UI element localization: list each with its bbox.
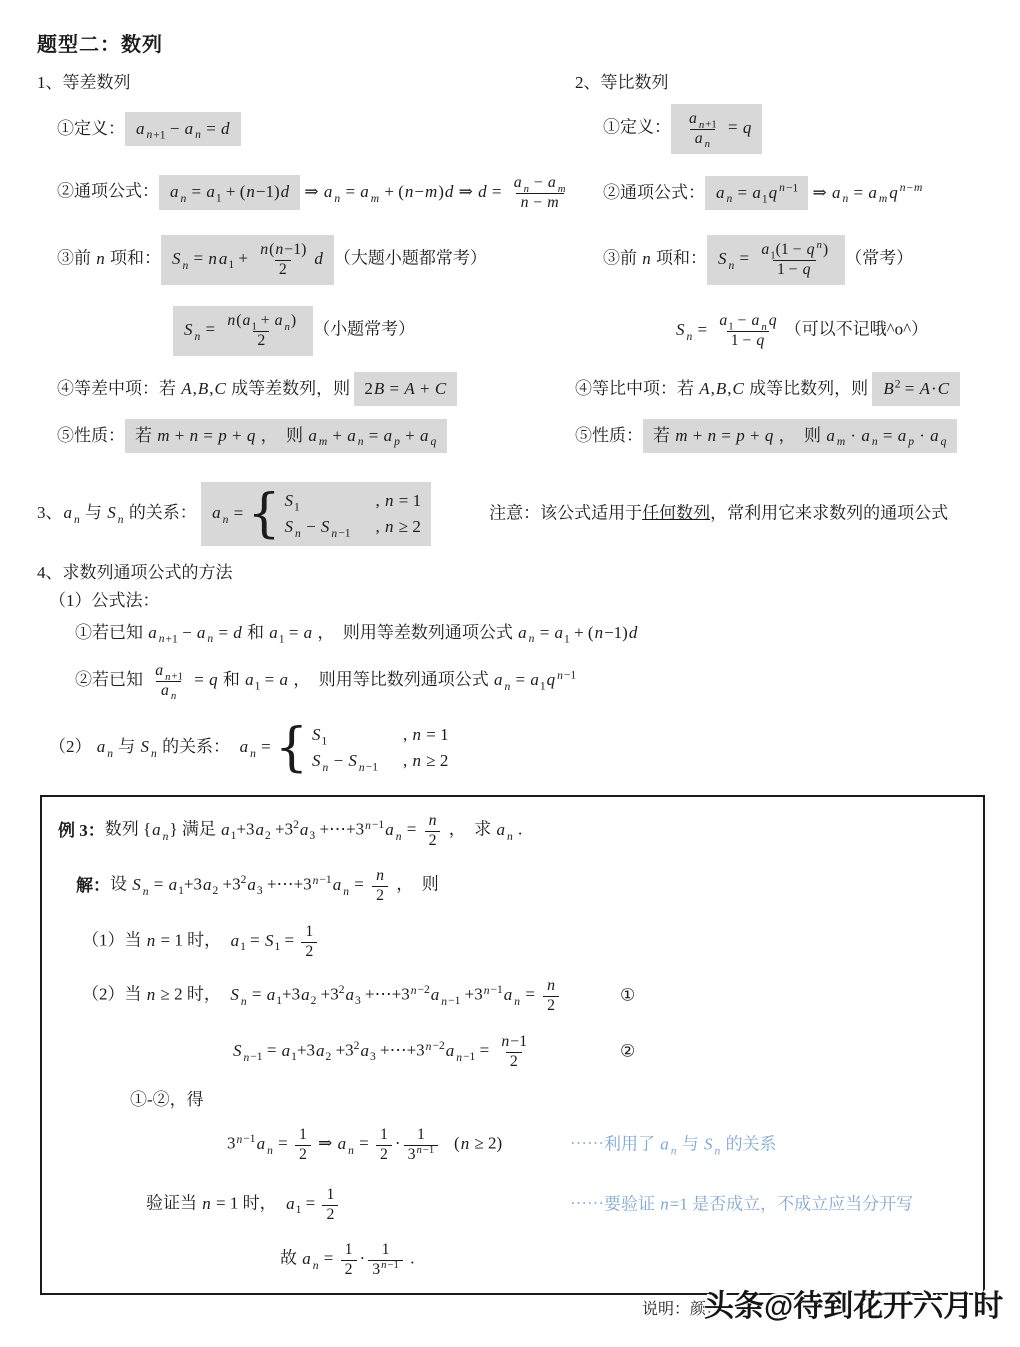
geom-sum-formula-line: ③前 n 项和：Sn = a1(1 − qn)1 − q（常考） bbox=[603, 235, 997, 284]
text-run: ②通项公式： bbox=[57, 182, 159, 201]
methods-geom-rule-line: ②若已知 an+1an = q 和 a1 = a ， 则用等比数列通项公式 an… bbox=[75, 662, 1020, 699]
fraction: an+1an bbox=[684, 110, 721, 147]
example-result-line: 3n−1an = 12 ⇒ an = 12·13n−1 (n ≥ 2)⋯⋯利用了… bbox=[42, 1121, 983, 1169]
arith-property-line: ⑤性质：若 m + n = p + q ， 则 am + an = ap + a… bbox=[57, 419, 575, 454]
text-run: （小题常考） bbox=[313, 320, 415, 339]
arith-sum-formula2-line: Sn = n(a1 + an)2（小题常考） bbox=[173, 306, 575, 355]
fraction: n(a1 + an)2 bbox=[222, 312, 300, 349]
formula: ⇒ an = amqn−m bbox=[808, 183, 923, 202]
geom-sum-formula2-line: Sn = a1 − anq1 − q（可以不记哦^o^） bbox=[675, 312, 997, 349]
formula: （2） an 与 Sn 的关系： bbox=[49, 737, 239, 756]
watermark: 头条@待到花开六月时 bbox=[704, 1281, 1003, 1325]
text-run: 任何数列 bbox=[642, 503, 710, 522]
geom-general-term-line: ②通项公式：an = a1qn−1 ⇒ an = amqn−m bbox=[603, 176, 997, 211]
text-run: ①定义： bbox=[57, 119, 125, 138]
arith-general-term-line: ②通项公式：an = a1 + (n−1)d ⇒ an = am + (n−m)… bbox=[57, 174, 575, 211]
example-subtract-line: ①-②，得 bbox=[42, 1087, 983, 1113]
text-run: ，常利用它来求数列的通项公式 bbox=[710, 503, 948, 522]
formula: Sn = a1 − anq1 − q bbox=[675, 320, 785, 339]
formula: ③前 n 项和： bbox=[603, 249, 707, 268]
formula: Sn = a1(1 − qn)1 − q bbox=[707, 235, 845, 284]
formula: ①若已知 an+1 − an = d 和 a1 = a ， 则用等差数列通项公式… bbox=[75, 623, 638, 642]
formula: （1）当 n = 1 时， a1 = S1 = 12 bbox=[82, 923, 320, 960]
annotation-note: ⋯⋯利用了 an 与 Sn 的关系 bbox=[570, 1134, 777, 1157]
fraction: 13n−1 bbox=[404, 1126, 439, 1163]
equation-tag: ② bbox=[620, 1041, 635, 1064]
piecewise-formula: an = {S1, n = 1Sn − Sn−1, n ≥ 2 bbox=[239, 737, 449, 756]
formula: ②若已知 an+1an = q 和 a1 = a ， 则用等比数列通项公式 an… bbox=[75, 670, 576, 689]
formula: Sn = n(a1 + an)2 bbox=[173, 306, 313, 355]
fraction: n2 bbox=[424, 812, 442, 849]
example-solution-line: 解：设 Sn = a1+3a2 +32a3 +⋯+3n−1an = n2 ， 则 bbox=[42, 861, 983, 911]
formula: ④等差中项：若 A,B,C 成等差数列，则 bbox=[57, 379, 354, 398]
methods-heading: 4、求数列通项公式的方法 bbox=[37, 562, 1020, 585]
fraction: n(n−1)2 bbox=[255, 241, 310, 278]
formula-columns: 1、等差数列 2、等比数列 ①定义：an+1 − an = d ①定义：an+1… bbox=[37, 69, 997, 461]
fraction: 12 bbox=[376, 1126, 392, 1163]
formula: 3n−1an = 12 ⇒ an = 12·13n−1 (n ≥ 2) bbox=[227, 1126, 502, 1163]
fraction: an+1an bbox=[150, 662, 187, 699]
formula: an+1an = q bbox=[671, 104, 762, 153]
cases-brace: { bbox=[275, 718, 308, 778]
arith-heading: 1、等差数列 bbox=[37, 72, 575, 95]
fraction: a1 − anq1 − q bbox=[714, 312, 781, 349]
text-run: 注意：该公式适用于 bbox=[489, 503, 642, 522]
formula: 故 an = 12·13n−1 . bbox=[280, 1241, 414, 1278]
formula: 验证当 n = 1 时， a1 = 12 bbox=[146, 1186, 341, 1223]
geom-heading: 2、等比数列 bbox=[575, 72, 997, 95]
fraction: 12 bbox=[301, 923, 317, 960]
cases-brace: { bbox=[247, 484, 280, 544]
arith-sum-formula-line: ③前 n 项和：Sn = na1 + n(n−1)2d（大题小题都常考） bbox=[57, 235, 575, 284]
formula: an+1 − an = d bbox=[125, 112, 241, 147]
methods-arith-rule-line: ①若已知 an+1 − an = d 和 a1 = a ， 则用等差数列通项公式… bbox=[75, 622, 1020, 645]
formula: ⇒ an = am + (n−m)d ⇒ d = an − amn − m bbox=[300, 182, 573, 201]
methods-sub1: （1）公式法： bbox=[49, 590, 1020, 613]
arith-definition-line: ①定义：an+1 − an = d bbox=[57, 112, 575, 147]
formula: 设 Sn = a1+3a2 +32a3 +⋯+3n−1an = n2 ， 则 bbox=[110, 867, 439, 904]
formula: Sn = na1 + n(n−1)2d bbox=[161, 235, 334, 284]
formula: Sn−1 = a1+3a2 +32a3 +⋯+3n−2an−1 = n−12 bbox=[232, 1033, 534, 1070]
fraction: 12 bbox=[322, 1186, 338, 1223]
fraction: an − amn − m bbox=[509, 174, 571, 211]
methods-relation-line: （2） an 与 Sn 的关系： an = {S1, n = 1Sn − Sn−… bbox=[49, 722, 1020, 775]
text-run: ②通项公式： bbox=[603, 183, 705, 202]
page-title: 题型二：数列 bbox=[0, 0, 1020, 57]
example-case2-line: （2）当 n ≥ 2 时， Sn = a1+3a2 +32a3 +⋯+3n−2a… bbox=[42, 971, 983, 1021]
arith-middle-term-line: ④等差中项：若 A,B,C 成等差数列，则 2B = A + C bbox=[57, 372, 575, 407]
text-run: ①定义： bbox=[603, 118, 671, 137]
example-problem-line: 例 3：数列 {an} 满足 a1+3a2 +32a3 +⋯+3n−1an = … bbox=[42, 807, 983, 855]
text-run: 例 3： bbox=[58, 820, 105, 843]
fraction: n2 bbox=[371, 867, 389, 904]
methods-section: 4、求数列通项公式的方法 （1）公式法： ①若已知 an+1 − an = d … bbox=[37, 559, 1020, 781]
formula: （2）当 n ≥ 2 时， Sn = a1+3a2 +32a3 +⋯+3n−2a… bbox=[82, 977, 563, 1014]
fraction: a1(1 − qn)1 − q bbox=[756, 241, 832, 278]
formula: ④等比中项：若 A,B,C 成等比数列，则 bbox=[575, 379, 872, 398]
geom-middle-term-line: ④等比中项：若 A,B,C 成等比数列，则 B2 = A·C bbox=[575, 372, 997, 407]
example-verify-line: 验证当 n = 1 时， a1 = 12⋯⋯要验证 n=1 是否成立，不成立应当… bbox=[42, 1181, 983, 1229]
example-case1-line: （1）当 n = 1 时， a1 = S1 = 12 bbox=[42, 919, 983, 965]
text-run: （大题小题都常考） bbox=[334, 249, 487, 268]
geom-definition-line: ①定义：an+1an = q bbox=[603, 104, 997, 153]
fraction: n2 bbox=[542, 977, 560, 1014]
formula: an = a1 + (n−1)d bbox=[159, 175, 300, 210]
formula: 若 m + n = p + q ， 则 am + an = ap + aq bbox=[125, 419, 447, 454]
piecewise-formula: an = {S1, n = 1Sn − Sn−1, n ≥ 2 bbox=[201, 482, 431, 547]
an-sn-relation-line: 3、an 与 Sn 的关系： an = {S1, n = 1Sn − Sn−1,… bbox=[37, 482, 997, 547]
text-run: （常考） bbox=[845, 249, 913, 268]
formula: B2 = A·C bbox=[872, 372, 960, 407]
text-run: （可以不记哦^o^） bbox=[785, 320, 928, 339]
text-run: 解： bbox=[76, 875, 110, 898]
example-box: 例 3：数列 {an} 满足 a1+3a2 +32a3 +⋯+3n−1an = … bbox=[40, 795, 985, 1295]
formula: 若 m + n = p + q ， 则 am · an = ap · aq bbox=[643, 419, 957, 454]
document-page: 题型二：数列 1、等差数列 2、等比数列 ①定义：an+1 − an = d ①… bbox=[0, 0, 1020, 1347]
fraction: 12 bbox=[341, 1241, 357, 1278]
annotation-note: ⋯⋯要验证 n=1 是否成立，不成立应当分开写 bbox=[570, 1194, 913, 1217]
example-conclusion-line: 故 an = 12·13n−1 . bbox=[42, 1235, 983, 1285]
fraction: 12 bbox=[295, 1126, 311, 1163]
formula: ③前 n 项和： bbox=[57, 249, 161, 268]
formula: 数列 {an} 满足 a1+3a2 +32a3 +⋯+3n−1an = n2 ，… bbox=[105, 812, 523, 849]
fraction: 13n−1 bbox=[368, 1241, 403, 1278]
text-run: ①-②，得 bbox=[130, 1089, 204, 1112]
geom-property-line: ⑤性质：若 m + n = p + q ， 则 am · an = ap · a… bbox=[575, 419, 997, 454]
formula: ⑤性质： bbox=[575, 426, 643, 445]
formula: an = a1qn−1 bbox=[705, 176, 808, 211]
formula: ⑤性质： bbox=[57, 426, 125, 445]
formula: 3、an 与 Sn 的关系： bbox=[37, 503, 201, 522]
example-eq2-line: Sn−1 = a1+3a2 +32a3 +⋯+3n−2an−1 = n−12② bbox=[42, 1027, 983, 1077]
formula: 2B = A + C bbox=[354, 372, 457, 407]
fraction: n−12 bbox=[496, 1033, 531, 1070]
equation-tag: ① bbox=[620, 985, 635, 1008]
